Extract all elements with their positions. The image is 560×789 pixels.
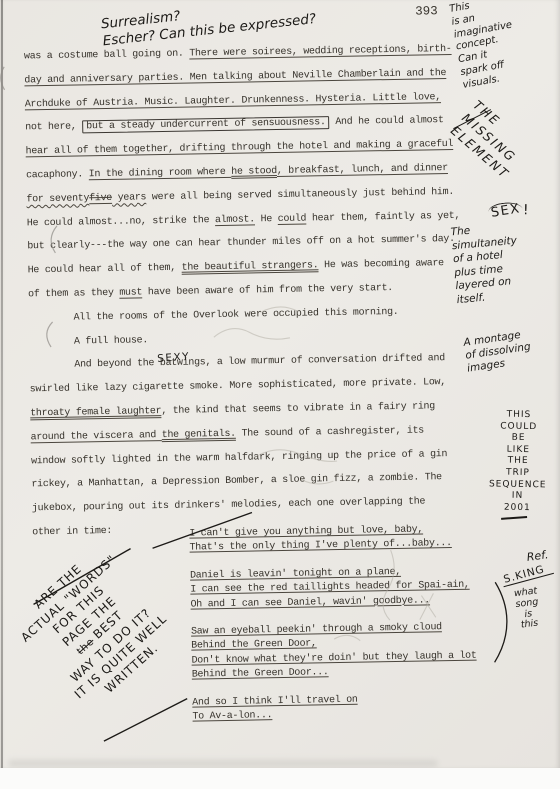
typed-segment: hear all of them together, drifting thro… [26, 139, 454, 157]
typed-segment: , the kind that seems to vibrate in a fa… [161, 401, 435, 417]
typed-segment: There were soirees, wedding receptions, … [189, 44, 451, 60]
diagonal-rule-bottom [103, 699, 188, 741]
typed-segment: he stood [231, 166, 277, 178]
typed-segment: hear them, faintly as yet, [306, 210, 460, 224]
typed-segment: And he could almost [330, 115, 444, 128]
typed-segment: but clearly---the way one can hear thund… [27, 234, 455, 252]
typed-segment: throaty female laughter [30, 406, 161, 419]
typed-text: was a costume ball going on. There were … [24, 37, 533, 545]
lyric-stanza: I can't give you anything but love, baby… [189, 523, 475, 557]
typed-segment: He could hear all of them, [28, 263, 182, 277]
typed-segment: window softly lighted in the warm halfda… [31, 449, 447, 467]
typed-segment: Archduke of Austria. Music. Laughter. Dr… [25, 92, 441, 110]
typed-segment: All the rooms of the Overlook were occup… [73, 307, 398, 324]
typed-segment: could [278, 213, 307, 224]
typed-segment: but a steady undercurrent of sensuousnes… [82, 116, 330, 133]
typed-segment: cacaphony. [26, 169, 89, 181]
annotation-what-song: what song is this [503, 585, 552, 633]
typed-segment: were all being served simultaneously jus… [146, 187, 454, 203]
typed-segment: other in time: [32, 526, 112, 538]
typed-segment: years [112, 192, 146, 204]
typed-segment: almost. [215, 214, 255, 226]
lyric-stanza: Daniel is leavin' tonight on a plane,I c… [190, 564, 476, 612]
typed-segment: , breakfast, lunch, and dinner [277, 163, 448, 177]
typed-segment: day and anniversary parties. Men talking… [24, 68, 446, 86]
typed-segment: And beyond the batwings, a low murmur of… [74, 353, 445, 370]
typed-segment: the genitals. [162, 429, 236, 441]
typed-segment: A full house. [74, 335, 148, 347]
typed-segment: He could almost...no, strike the [27, 215, 215, 229]
typed-segment: around the viscera and [31, 430, 162, 443]
lyrics-block: I can't give you anything but love, baby… [189, 523, 478, 738]
lyric-stanza: And so I think I'll travel onTo Av-a-lon… [192, 691, 478, 725]
typed-segment: In the dining room where [89, 167, 232, 180]
page-number: 393 [415, 4, 438, 18]
page-content: 393 Surrealism? Escher? Can this be expr… [0, 0, 560, 789]
typed-segment: rickey, a Manhattan, a Depression Bomber… [31, 473, 442, 491]
typed-segment: jukebox, pouring out its drinkers' melod… [32, 497, 426, 515]
typed-segment: have been aware of him from the very sta… [142, 283, 393, 298]
annotation-s-king: S.KING [500, 561, 553, 586]
typed-segment: must [119, 287, 142, 298]
typed-segment: the beautiful strangers. [182, 260, 319, 273]
typed-segment: He was becoming aware [318, 258, 444, 271]
typed-segment: of them as they [28, 288, 119, 301]
typed-segment: was a costume ball going on. [24, 49, 190, 63]
lyric-stanza: Saw an eyeball peekin' through a smoky c… [191, 621, 477, 684]
typed-segment: He [255, 214, 278, 225]
typed-segment: five [89, 193, 112, 204]
typed-segment: The sound of a cashregister, its [236, 425, 424, 439]
typed-segment: not here, [25, 122, 82, 134]
typed-segment: swirled like lazy cigarette smoke. More … [30, 377, 446, 395]
annotation-s-king-word: S.KING [500, 561, 554, 587]
typed-segment: for seventy [26, 193, 89, 205]
annotation-are-words-question: ARE THEACTUAL "WORDS"FOR THISPAGE THEthe… [0, 511, 215, 744]
scanned-manuscript-page: { "meta": { "page_number": "393" }, "col… [0, 0, 560, 789]
